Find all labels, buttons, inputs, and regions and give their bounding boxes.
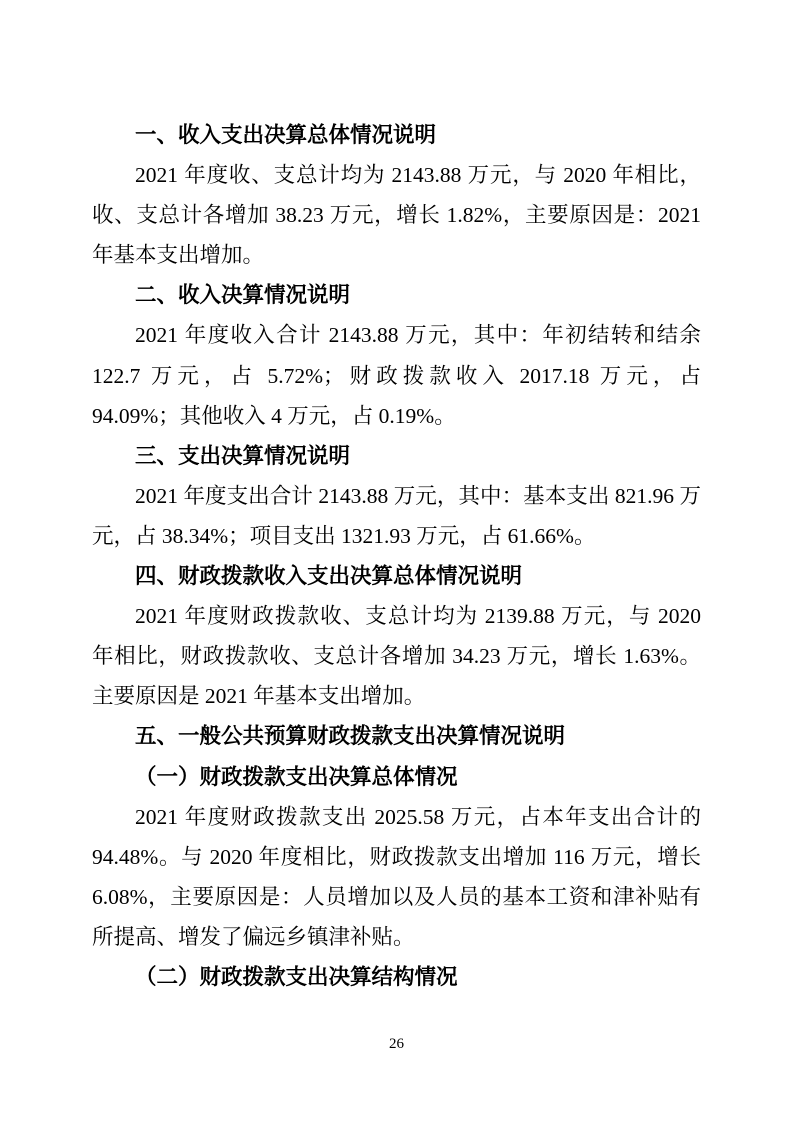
body-paragraph: 2021 年度收、支总计均为 2143.88 万元，与 2020 年相比，收、支… <box>92 155 701 275</box>
section-heading: 二、收入决算情况说明 <box>92 275 701 315</box>
body-paragraph: 2021 年度财政拨款支出 2025.58 万元，占本年支出合计的 94.48%… <box>92 797 701 957</box>
section-heading: 四、财政拨款收入支出决算总体情况说明 <box>92 556 701 596</box>
page-number: 26 <box>0 1036 793 1053</box>
document-content: 一、收入支出决算总体情况说明2021 年度收、支总计均为 2143.88 万元，… <box>92 115 701 997</box>
body-paragraph: 2021 年度财政拨款收、支总计均为 2139.88 万元，与 2020 年相比… <box>92 596 701 716</box>
section-heading: 三、支出决算情况说明 <box>92 436 701 476</box>
section-heading: 一、收入支出决算总体情况说明 <box>92 115 701 155</box>
document-page: 一、收入支出决算总体情况说明2021 年度收、支总计均为 2143.88 万元，… <box>0 0 793 1122</box>
section-heading: 五、一般公共预算财政拨款支出决算情况说明 <box>92 716 701 756</box>
body-paragraph: 2021 年度支出合计 2143.88 万元，其中：基本支出 821.96 万元… <box>92 476 701 556</box>
body-paragraph: 2021 年度收入合计 2143.88 万元，其中：年初结转和结余 122.7 … <box>92 315 701 435</box>
sub-section-heading: （一）财政拨款支出决算总体情况 <box>92 757 701 797</box>
sub-section-heading: （二）财政拨款支出决算结构情况 <box>92 957 701 997</box>
